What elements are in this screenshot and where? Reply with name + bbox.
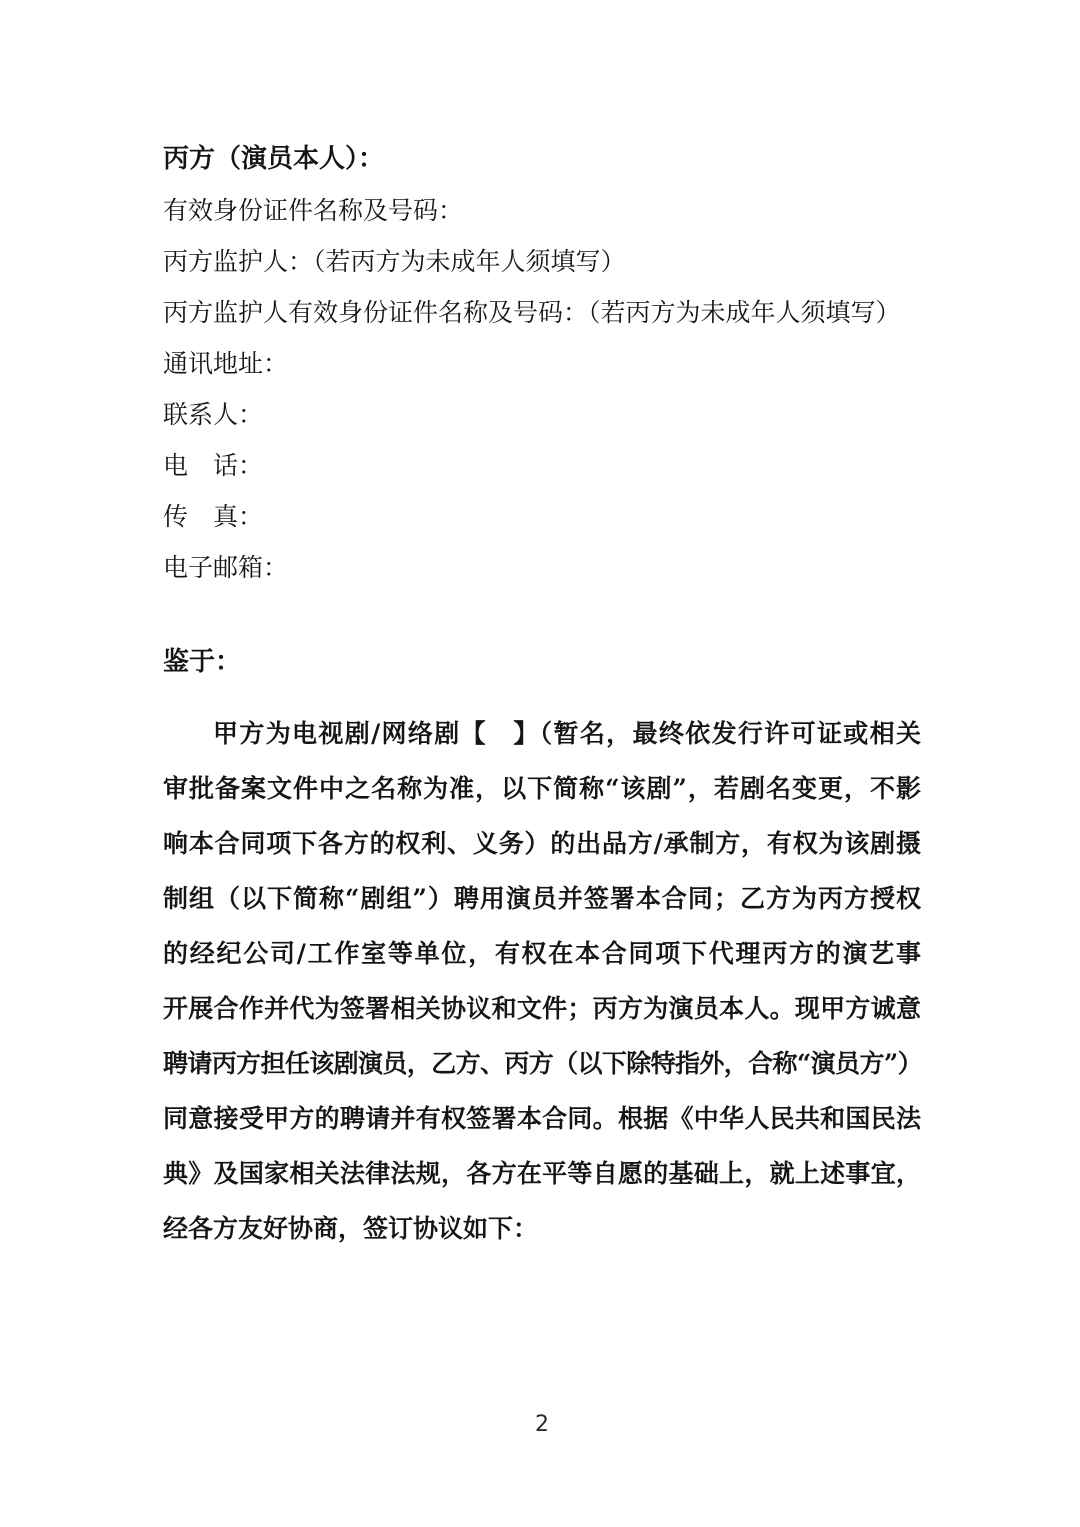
- whereas-line: 响本合同项下各方的权利、义务）的出品方/承制方，有权为该剧摄: [163, 816, 921, 871]
- whereas-line: 经各方友好协商，签订协议如下：: [163, 1201, 921, 1256]
- contract-page: 丙方（演员本人）： 有效身份证件名称及号码： 丙方监护人：（若丙方为未成年人须填…: [0, 0, 1080, 1527]
- field-contact-person: 联系人：: [163, 389, 921, 440]
- field-fax: 传 真：: [163, 491, 921, 542]
- whereas-paragraph: 甲方为电视剧/网络剧【 】（暂名，最终依发行许可证或相关 审批备案文件中之名称为…: [163, 706, 921, 1256]
- field-guardian-id: 丙方监护人有效身份证件名称及号码：（若丙方为未成年人须填写）: [163, 287, 921, 338]
- whereas-line: 制组（以下简称“剧组”）聘用演员并签署本合同；乙方为丙方授权: [163, 871, 921, 926]
- whereas-heading: 鉴于：: [163, 637, 921, 688]
- whereas-line: 开展合作并代为签署相关协议和文件；丙方为演员本人。现甲方诚意: [163, 981, 921, 1036]
- whereas-line: 的经纪公司/工作室等单位，有权在本合同项下代理丙方的演艺事务、: [163, 926, 921, 981]
- field-guardian: 丙方监护人：（若丙方为未成年人须填写）: [163, 236, 921, 287]
- field-mailing-address: 通讯地址：: [163, 338, 921, 389]
- whereas-line: 同意接受甲方的聘请并有权签署本合同。根据《中华人民共和国民法: [163, 1091, 921, 1146]
- whereas-line: 典》及国家相关法律法规，各方在平等自愿的基础上，就上述事宜，: [163, 1146, 921, 1201]
- page-content: 丙方（演员本人）： 有效身份证件名称及号码： 丙方监护人：（若丙方为未成年人须填…: [163, 134, 921, 1442]
- whereas-line: 审批备案文件中之名称为准，以下简称“该剧”，若剧名变更，不影: [163, 761, 921, 816]
- document-viewer: { "party_c": { "title": "丙方（演员本人）：", "fi…: [0, 0, 1080, 1527]
- whereas-line: 聘请丙方担任该剧演员，乙方、丙方（以下除特指外，合称“演员方”）: [163, 1036, 921, 1091]
- field-id-name-number: 有效身份证件名称及号码：: [163, 185, 921, 236]
- page-number: 2: [163, 1408, 921, 1442]
- party-c-title: 丙方（演员本人）：: [163, 134, 921, 185]
- field-phone: 电 话：: [163, 440, 921, 491]
- field-email: 电子邮箱：: [163, 542, 921, 593]
- whereas-line: 甲方为电视剧/网络剧【 】（暂名，最终依发行许可证或相关: [163, 706, 921, 761]
